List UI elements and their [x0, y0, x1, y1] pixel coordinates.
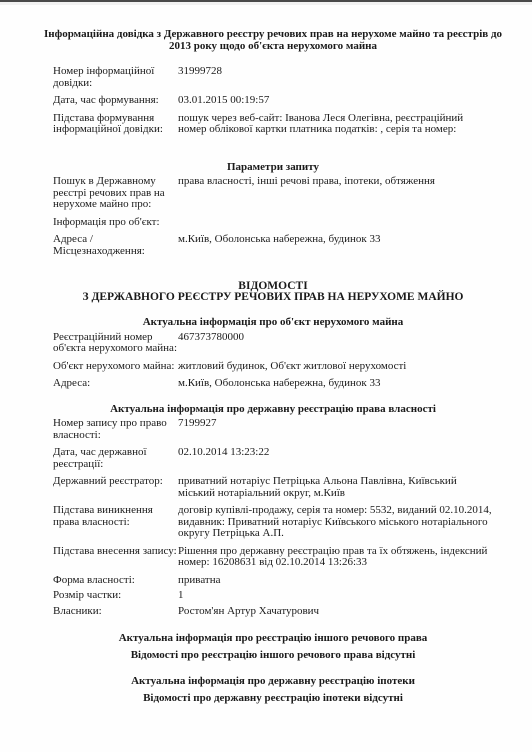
- field-info-number: Номер інформаційної довідки: 31999728: [53, 66, 493, 89]
- field-label: Розмір частки:: [53, 590, 178, 602]
- field-formation-date: Дата, час формування: 03.01.2015 00:19:5…: [53, 95, 493, 107]
- field-record-basis: Підстава внесення запису: Рішення про де…: [53, 546, 493, 569]
- field-value: договір купівлі-продажу, серія та номер:…: [178, 505, 493, 540]
- object-info-heading: Актуальна інформація про об'єкт нерухомо…: [53, 317, 493, 329]
- field-label: Підстава внесення запису:: [53, 546, 178, 569]
- main-heading: ВІДОМОСТІ З ДЕРЖАВНОГО РЕЄСТРУ РЕЧОВИХ П…: [53, 281, 493, 303]
- field-value: 467373780000: [178, 332, 493, 355]
- field-label: Державний реєстратор:: [53, 476, 178, 499]
- field-label: Номер інформаційної довідки:: [53, 66, 178, 89]
- field-value: пошук через веб-сайт: Іванова Леся Олегі…: [178, 113, 493, 136]
- field-value: Рішення про державну реєстрацію прав та …: [178, 546, 493, 569]
- mortgage-note: Відомості про державну реєстрацію іпотек…: [53, 693, 493, 705]
- field-value: м.Київ, Оболонська набережна, будинок 33: [178, 378, 493, 390]
- field-formation-basis: Підстава формування інформаційної довідк…: [53, 113, 493, 136]
- field-label: Власники:: [53, 606, 178, 618]
- field-value: приватна: [178, 575, 493, 587]
- field-value: 7199927: [178, 418, 493, 441]
- field-search-about: Пошук в Державному реєстрі речових прав …: [53, 176, 493, 211]
- field-value: 31999728: [178, 66, 493, 89]
- field-owners: Власники: Ростом'ян Артур Хачатурович: [53, 606, 493, 618]
- field-value: приватний нотаріус Петріцька Альона Павл…: [178, 476, 493, 499]
- other-right-heading: Актуальна інформація про реєстрацію іншо…: [53, 633, 493, 645]
- field-query-address: Адреса / Місцезнаходження: м.Київ, Оболо…: [53, 234, 493, 257]
- field-label: Підстава формування інформаційної довідк…: [53, 113, 178, 136]
- field-label: Підстава виникнення права власності:: [53, 505, 178, 540]
- field-label: Адреса:: [53, 378, 178, 390]
- field-value: м.Київ, Оболонська набережна, будинок 33: [178, 234, 493, 257]
- field-label: Об'єкт нерухомого майна:: [53, 361, 178, 373]
- field-registrar: Державний реєстратор: приватний нотаріус…: [53, 476, 493, 499]
- other-right-note: Відомості про реєстрацію іншого речового…: [53, 650, 493, 662]
- field-value: 02.10.2014 13:23:22: [178, 447, 493, 470]
- field-object-type: Об'єкт нерухомого майна: житловий будино…: [53, 361, 493, 373]
- field-label: Реєстраційний номер об'єкта нерухомого м…: [53, 332, 178, 355]
- field-registration-date: Дата, час державної реєстрації: 02.10.20…: [53, 447, 493, 470]
- field-label: Номер запису про право власності:: [53, 418, 178, 441]
- field-ownership-basis: Підстава виникнення права власності: дог…: [53, 505, 493, 540]
- document-page: Інформаційна довідка з Державного реєстр…: [53, 25, 493, 704]
- query-params-heading: Параметри запиту: [53, 162, 493, 174]
- field-value: 03.01.2015 00:19:57: [178, 95, 493, 107]
- field-value: права власності, інші речові права, іпот…: [178, 176, 493, 211]
- field-object-reg-number: Реєстраційний номер об'єкта нерухомого м…: [53, 332, 493, 355]
- field-share-size: Розмір частки: 1: [53, 590, 493, 602]
- field-value: 1: [178, 590, 493, 602]
- field-ownership-form: Форма власності: приватна: [53, 575, 493, 587]
- ownership-heading: Актуальна інформація про державну реєстр…: [53, 404, 493, 416]
- field-value: житловий будинок, Об'єкт житлової нерухо…: [178, 361, 493, 373]
- field-label: Пошук в Державному реєстрі речових прав …: [53, 176, 178, 211]
- field-label: Інформація про об'єкт:: [53, 217, 253, 229]
- field-value: Ростом'ян Артур Хачатурович: [178, 606, 493, 618]
- document-title: Інформаційна довідка з Державного реєстр…: [41, 28, 505, 52]
- field-label: Дата, час державної реєстрації:: [53, 447, 178, 470]
- field-value: [253, 217, 493, 229]
- field-ownership-record-number: Номер запису про право власності: 719992…: [53, 418, 493, 441]
- main-heading-line2: З ДЕРЖАВНОГО РЕЄСТРУ РЕЧОВИХ ПРАВ НА НЕР…: [53, 292, 493, 303]
- field-object-address: Адреса: м.Київ, Оболонська набережна, бу…: [53, 378, 493, 390]
- window-top-shadow: [0, 2, 532, 5]
- mortgage-heading: Актуальна інформація про державну реєстр…: [53, 676, 493, 688]
- field-label: Дата, час формування:: [53, 95, 178, 107]
- field-label: Форма власності:: [53, 575, 178, 587]
- field-label: Адреса / Місцезнаходження:: [53, 234, 178, 257]
- field-object-info: Інформація про об'єкт:: [53, 217, 493, 229]
